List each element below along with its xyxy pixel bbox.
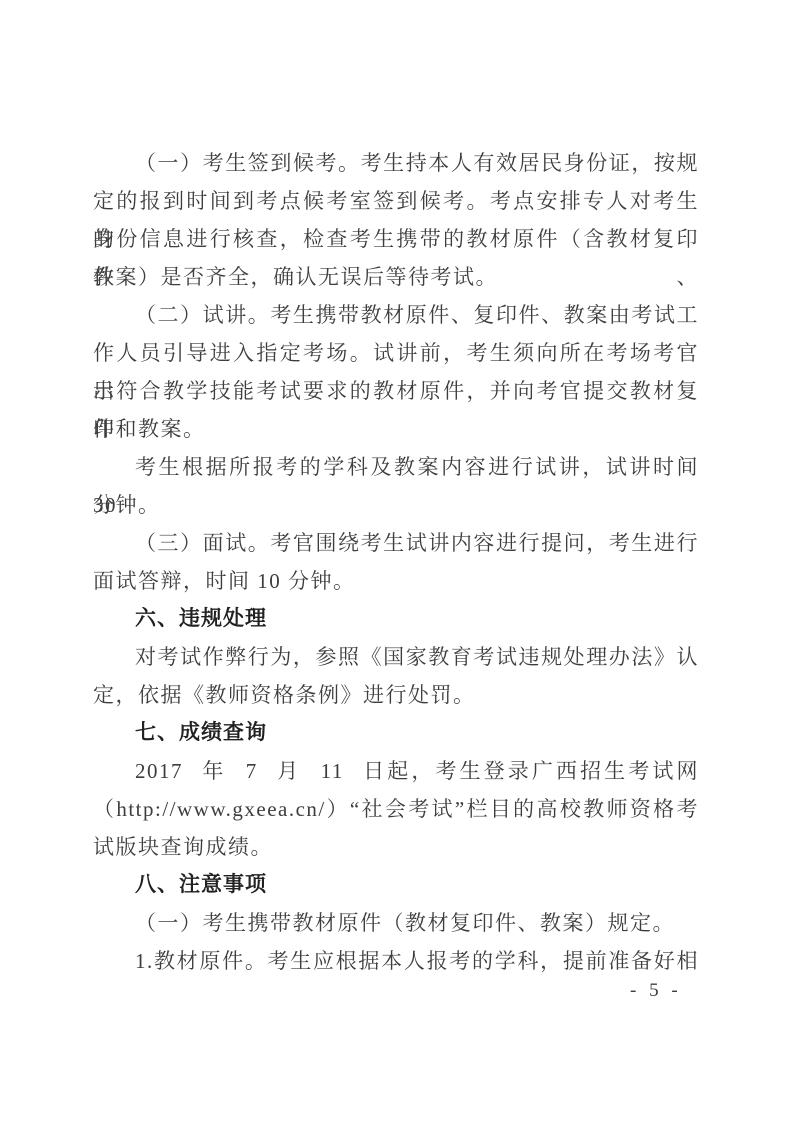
document-body: （一）考生签到候考。考生持本人有效居民身份证，按规 定的报到时间到考点候考室签到… xyxy=(93,144,699,980)
text-line-with-url: （http://www.gxeea.cn/）“社会考试”栏目的高校教师资格考 xyxy=(93,790,699,828)
text-line: 考生根据所报考的学科及教案内容进行试讲，试讲时间 30 xyxy=(93,448,699,486)
text-line: （三）面试。考官围绕考生试讲内容进行提问，考生进行 xyxy=(93,524,699,562)
section-heading-score-inquiry: 七、成绩查询 xyxy=(93,714,699,752)
text-line: 身份信息进行核查，检查考生携带的教材原件（含教材复印件、 xyxy=(93,220,699,258)
text-line: 定的报到时间到考点候考室签到候考。考点安排专人对考生的 xyxy=(93,182,699,220)
text-line: （一）考生签到候考。考生持本人有效居民身份证，按规 xyxy=(93,144,699,182)
text-line: 试版块查询成绩。 xyxy=(93,828,699,866)
text-line: 对考试作弊行为，参照《国家教育考试违规处理办法》认 xyxy=(93,638,699,676)
text-line: 分钟。 xyxy=(93,486,699,524)
text-line: 1.教材原件。考生应根据本人报考的学科，提前准备好相 xyxy=(93,942,699,980)
section-heading-notes: 八、注意事项 xyxy=(93,866,699,904)
page-number: - 5 - xyxy=(630,980,700,1002)
text-line: （二）试讲。考生携带教材原件、复印件、教案由考试工 xyxy=(93,296,699,334)
text-line: 2017 年 7 月 11 日起，考生登录广西招生考试网 xyxy=(93,752,699,790)
text-line: （一）考生携带教材原件（教材复印件、教案）规定。 xyxy=(93,904,699,942)
text-line: 作人员引导进入指定考场。试讲前，考生须向所在考场考官出 xyxy=(93,334,699,372)
section-heading-violation-handling: 六、违规处理 xyxy=(93,600,699,638)
text-line: 面试答辩，时间 10 分钟。 xyxy=(93,562,699,600)
text-line: 定，依据《教师资格条例》进行处罚。 xyxy=(93,676,699,714)
text-line: 件和教案。 xyxy=(93,410,699,448)
document-page: （一）考生签到候考。考生持本人有效居民身份证，按规 定的报到时间到考点候考室签到… xyxy=(0,0,793,1122)
text-line: 示符合教学技能考试要求的教材原件，并向考官提交教材复印 xyxy=(93,372,699,410)
